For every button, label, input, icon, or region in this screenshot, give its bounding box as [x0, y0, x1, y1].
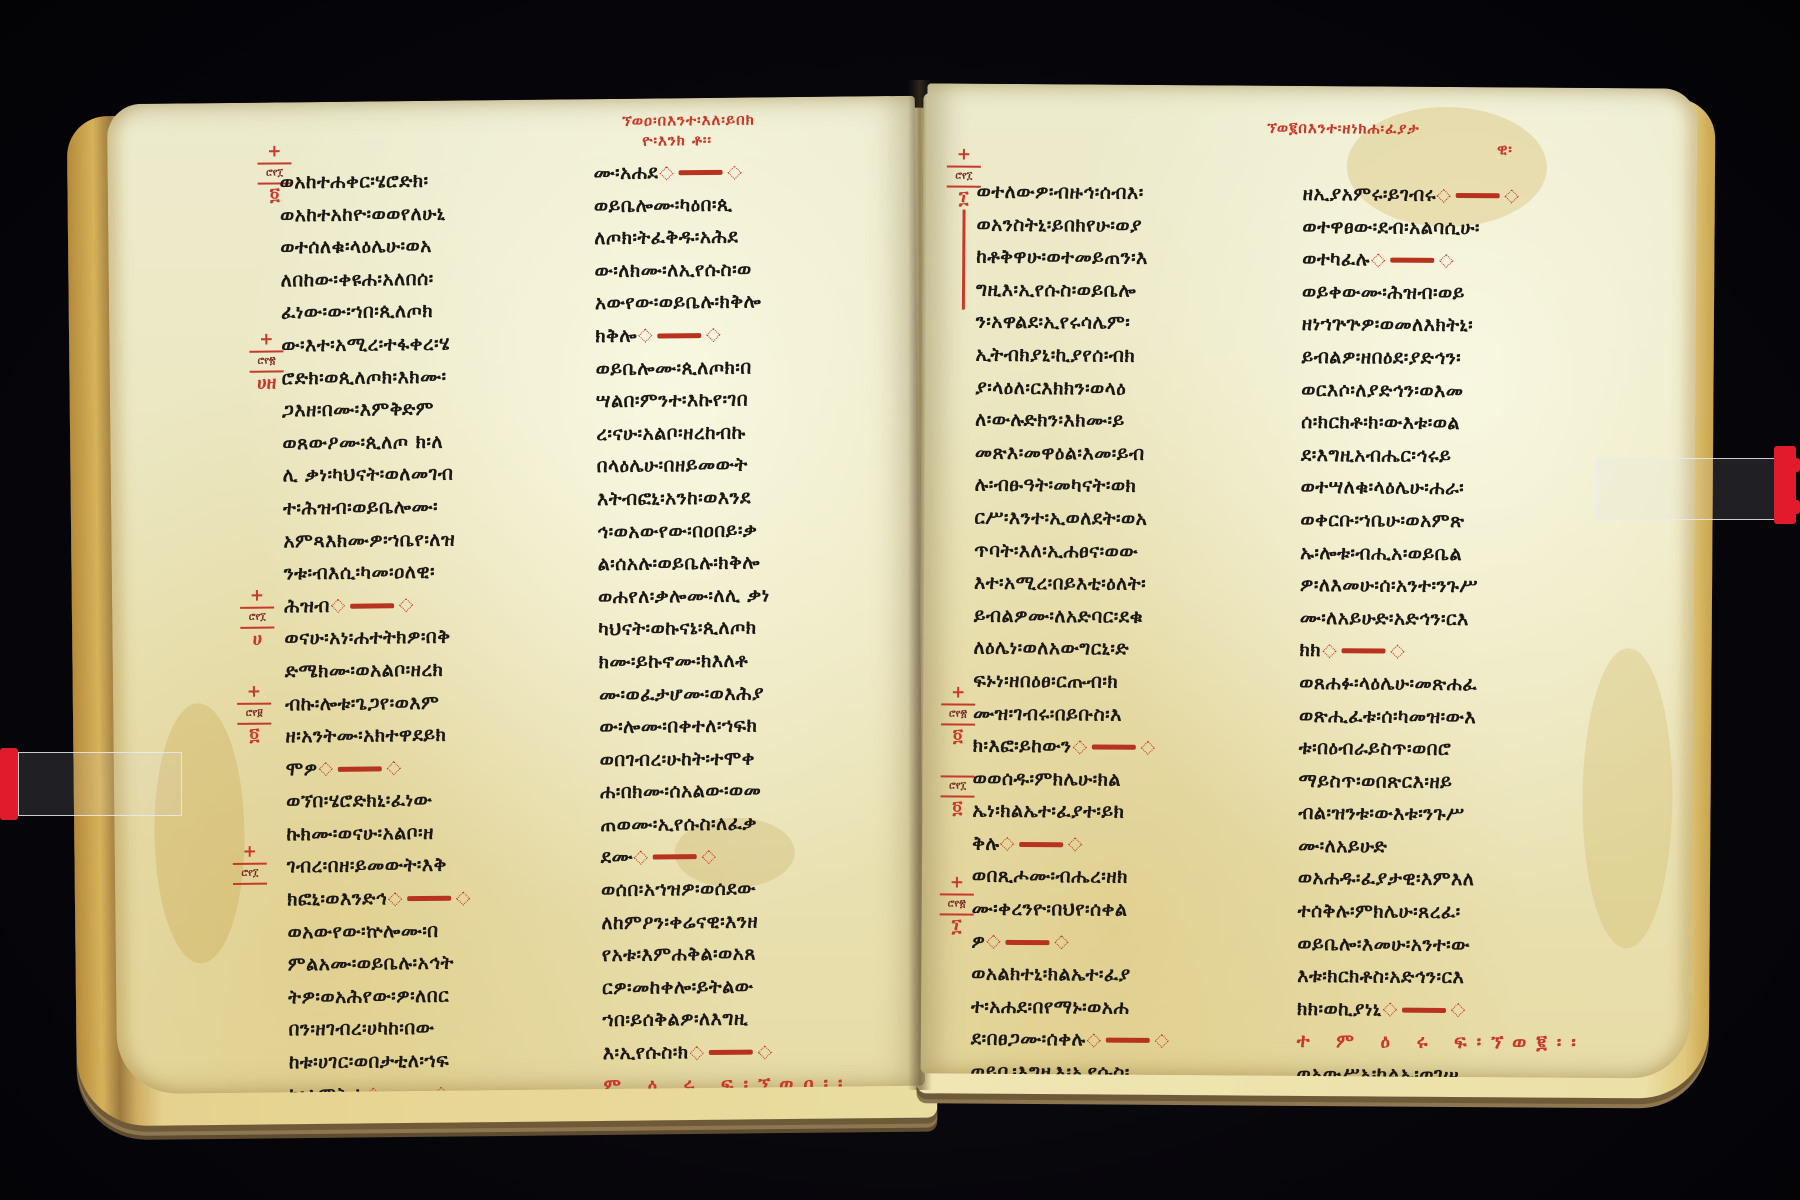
red-rule-divider — [350, 603, 394, 608]
text-line: ንቱ፡ብእሲ፡ካመ፡ዐለዊ፡ — [284, 556, 468, 591]
text-line: ኡ፡ሎቱ፡ብሒአ፡ወይቤል — [1300, 536, 1589, 571]
ornament-icon — [1155, 1034, 1169, 1048]
text-line: ው፡ሎሙ፡በቀተለ፡ኀፍክ — [599, 709, 849, 744]
text-line: ሙዝ፡ገብሩ፡በይቡስ፡እ — [973, 697, 1172, 731]
text-line: ወይቤሎ፡እመሁ፡አንተ፡ው — [1297, 928, 1586, 963]
text-span: ዘኢያአምሩ፡ይገብሩ — [1303, 183, 1437, 206]
text-line: ያ፡ላዕለ፡ርእክክን፡ወላዕ — [975, 371, 1174, 405]
text-line: ዘነኀጕጕዎ፡ወመለእክትኒ፡ — [1302, 308, 1591, 343]
right-page: ኘወ፪በእንተ፡ዘነክሐ፡ፈያታ ዊ፡ + ሮየ፲ ፲ + ሮየ፳ ፬ ሮየ፲ … — [921, 83, 1698, 1078]
text-span: ደ፡በፀጋሙ፡ሰቀሉ — [971, 1028, 1086, 1051]
text-line: እትብፎኒ፡አንከ፡ወእንደ — [597, 480, 847, 515]
text-line: ቱ፡በዕብራይስጥ፡ወበሮ — [1299, 732, 1588, 767]
text-line: የአቱ፡እምሐቅል፡ወአጸ — [602, 937, 852, 972]
text-line: ዎ፡ለእመሁ፡ሰ፡አንተ፡ንጉሥ — [1300, 569, 1589, 604]
text-line: ወአሐዱ፡ፈያታዊ፡እምእለ — [1298, 862, 1587, 897]
parchment-stain — [1581, 648, 1673, 949]
text-span: ክቅሎ — [595, 325, 637, 347]
text-line: ወሐየለ፡ቃሎሙ፡ለሊ ቃነ — [598, 578, 848, 613]
text-line: ምልአሙ፡ወይቤሉ፡አኅት — [288, 947, 472, 982]
text-line: ወኘበ፡ሄሮድክኒ፡ፈነው — [286, 784, 470, 819]
text-line: ገብረ፡በዘ፡ይመውት፡እቅ — [287, 849, 471, 884]
red-clip — [0, 748, 18, 820]
text-line: ወይቀውሙ፡ሕዝብ፡ወይ — [1302, 276, 1591, 311]
text-line: ለበከው፡ቀዩሐ፡አለበሰ፡ — [281, 262, 465, 297]
text-line: ወተሰለቁ፡ላዕሌሁ፡ወአ — [280, 230, 464, 265]
clear-plastic-strip — [1596, 458, 1776, 520]
red-rule-divider — [338, 766, 382, 771]
text-line: ወአውየው፡ኵሎሙ፡በ — [287, 914, 471, 949]
text-line: ርዎ፡መከቀሎ፡ይትልው — [602, 969, 852, 1004]
section-number: ሮየ፲ — [240, 607, 274, 629]
text-line: እቱ፡ክርክቶስ፡አድኅን፡ርእ — [1297, 960, 1586, 995]
ornament-icon — [1322, 644, 1336, 658]
manuscript-photo-scene: ኘወዐ፡በእንተ፡እለ፡ይበክ ዮ፡እንክ ቶ፡፡ + ሮየ፲ ፬ + ሮየ፳ … — [0, 0, 1800, 1200]
text-span: ሙ፡አሐደ — [593, 161, 658, 184]
ornament-icon — [727, 165, 741, 179]
red-rule-divider — [1341, 649, 1385, 654]
ornament-icon — [758, 1045, 772, 1059]
text-line: ካህናት፡ወኩናኔ፡ጲለጦክ — [598, 611, 848, 646]
text-line: ወተለውዎ፡ብዙኅ፡ሰብእ፡ — [977, 176, 1176, 210]
text-line: ወበጺሖሙ፡ብሔረ፡ዘክ — [972, 860, 1171, 894]
cross-icon: + — [250, 586, 264, 606]
red-clip-tooth — [1792, 500, 1800, 514]
text-line: ወተሣለቁ፡ላዕሌሁ፡ሐራ፡ — [1301, 471, 1590, 506]
left-header-line-1: ኘወዐ፡በእንተ፡እለ፡ይበክ — [622, 109, 755, 130]
ornament-icon — [1068, 838, 1082, 852]
text-line: በላዕሌሁ፡በዘይመውት — [596, 448, 846, 483]
parchment-stain — [153, 703, 246, 964]
red-rule-divider — [407, 896, 451, 901]
ornament-icon — [1072, 740, 1086, 754]
red-rule-divider — [1106, 1038, 1150, 1043]
ornament-icon — [319, 762, 333, 776]
text-line: ለከምዖን፡ቀሬናዊ፡እንዘ — [601, 904, 851, 939]
text-line: ን፡አዋልደ፡ኢየሩሳሌም፡ — [976, 306, 1175, 340]
text-span: ክክ፡ወኪያነኒ — [1297, 998, 1382, 1021]
text-line: ሰ፡ክርክቶ፡ክ፡ውእቱ፡ወል — [1301, 406, 1590, 441]
text-line: ይብልዎ፡ዘበዕደ፡ያድኅን፡ — [1301, 341, 1590, 376]
margin-mark: + ሮየ፱ ፬ — [237, 683, 272, 745]
text-line-with-rule: ሙ፡አሐደ — [593, 155, 843, 190]
right-header-line-1: ኘወ፪በእንተ፡ዘነክሐ፡ፈያታ — [1267, 118, 1513, 140]
text-line: ማይስጥ፡ወበጽርእ፡ዘይ — [1298, 765, 1587, 800]
text-line: ሊ ቃነ፡ካህናት፡ወለመገብ — [283, 458, 467, 493]
section-letter: ሀዘ — [250, 374, 284, 392]
ornament-icon — [1054, 935, 1068, 949]
text-line-with-rule: ዘኢያአምሩ፡ይገብሩ — [1303, 178, 1592, 213]
text-line: ከቶቅዋሁ፡ወተመይጠን፡እ — [976, 241, 1175, 275]
text-line: ጋእዘ፡በሙ፡እምቅድም — [282, 393, 466, 428]
text-line-with-rule: ቅሉ — [972, 828, 1171, 862]
text-line: ዘ፡አንትሙ፡አክተዋደይክ — [285, 719, 469, 754]
text-line-with-rule: ክፎኒ፡ወእንድኅ — [287, 882, 471, 917]
margin-mark: + ሮየ፳ ፬ — [941, 683, 975, 745]
text-line-with-rule: ዎ — [971, 925, 1170, 959]
text-line: ሙ፡ለአይሁድ — [1298, 830, 1587, 865]
red-rule-divider — [1390, 258, 1434, 263]
ornament-icon — [986, 935, 1000, 949]
margin-mark: + ሮየ፳ ፲ — [940, 873, 974, 935]
text-line: አውየው፡ወይቤሉ፡ክቅሎ — [595, 285, 845, 320]
ornament-icon — [702, 850, 716, 864]
text-line: እተ፡አሚረ፡በይእቲ፡ዕለት፡ — [974, 567, 1173, 601]
ornament-icon — [1439, 254, 1453, 268]
red-rule-divider — [1456, 193, 1500, 198]
text-line-with-rule: ሞዎ — [286, 751, 470, 786]
text-line: ወወሰዱ፡ምክሌሁ፡ክል — [972, 762, 1171, 796]
red-rule-divider — [1092, 745, 1136, 750]
margin-mark: ሮየ፲ ፬ — [940, 773, 974, 817]
ornament-icon — [706, 328, 720, 342]
cross-icon: + — [259, 330, 273, 350]
section-letter: ፬ — [941, 727, 975, 745]
section-letter: ሀ — [240, 631, 274, 649]
text-line-with-rule: ደ፡በፀጋሙ፡ሰቀሉ — [971, 1023, 1170, 1057]
red-rule-divider — [1019, 842, 1063, 847]
clear-plastic-strip — [18, 752, 182, 816]
text-line: ተ፡ሕዝብ፡ወይቤሎሙ፡ — [283, 490, 467, 525]
text-line: ኩክሙ፡ወናሁ፡አልቦ፡ዘ — [286, 816, 470, 851]
right-page-column-1: ወተለውዎ፡ብዙኅ፡ሰብእ፡ ወአንስትኒ፡ይበክየሁ፡ወያ ከቶቅዋሁ፡ወተመ… — [970, 176, 1175, 1079]
text-line: ርሥ፡እንተ፡ኢወለደት፡ወአ — [974, 502, 1173, 536]
text-line: ተ፡አሐደ፡በየማኑ፡ወአሐ — [971, 990, 1170, 1024]
margin-mark: + ሮየ፳ ሀዘ — [249, 330, 284, 392]
text-line: ወናሁ፡አነ፡ሐተትክዎ፡በቅ — [284, 621, 468, 656]
section-number: ሮየ፲ — [233, 863, 267, 885]
text-line: ኢትብክያኒ፡ኪያየሰ፡ብክ — [975, 339, 1174, 373]
ornament-icon — [331, 599, 345, 613]
section-number: ሮየ፳ — [941, 703, 975, 725]
section-letter: ፬ — [940, 799, 974, 817]
cross-icon: + — [242, 842, 256, 862]
text-line: ይብልዎሙ፡ለአድባር፡ደቁ — [974, 599, 1173, 633]
section-number: ሮየ፳ — [249, 350, 283, 372]
cross-icon: + — [267, 141, 281, 161]
text-line: ፈነው፡ው፡ኀበ፡ጲለጦክ — [281, 295, 465, 330]
margin-mark: + ሮየ፲ — [233, 843, 267, 887]
text-line: ጠወሙ፡ኢየሱስ፡ለፈቃ — [600, 806, 850, 841]
text-line-with-rule: ወተካፈሉ — [1302, 243, 1591, 278]
text-line: ወይቤሎሙ፡ካዕበ፡ጲ — [594, 187, 844, 222]
text-line: ወአውሥአ፡ካልኡ፡ወገሠ — [1296, 1058, 1585, 1079]
ornament-icon — [638, 329, 652, 343]
cross-icon: + — [950, 872, 964, 892]
ornament-icon — [1087, 1033, 1101, 1047]
text-line: ተሰቅሉ፡ምክሌሁ፡ጸረፈ፡ — [1298, 895, 1587, 930]
text-line: ወጸውዖሙ፡ጲለጦ ክ፡ለ — [282, 425, 466, 460]
text-line: መጽእ፡መዋዕል፡እመ፡ይብ — [975, 436, 1174, 470]
text-line: ወተዋፀው፡ደብ፡አልባሲሁ፡ — [1302, 211, 1591, 246]
ornament-icon — [1450, 1003, 1464, 1017]
text-line-with-rule: ክቅሎ — [595, 318, 845, 353]
text-line: ብል፡ዝንቱ፡ውእቱ፡ንጉሥ — [1298, 797, 1587, 832]
margin-mark: + ሮየ፲ ሀ — [240, 587, 275, 649]
text-line-with-rule: ደሙ — [601, 839, 851, 874]
left-page-header: ኘወዐ፡በእንተ፡እለ፡ይበክ ዮ፡እንክ ቶ፡፡ — [622, 109, 755, 150]
red-rule-divider — [657, 333, 701, 338]
text-line: ሉ፡ብፁዓት፡መካናት፡ወክ — [975, 469, 1174, 503]
text-line-with-rule: ክክ፡ወኪያነኒ — [1297, 993, 1586, 1028]
text-line-with-rule: ክክ — [1299, 634, 1588, 669]
text-line: ወርእሶ፡ለያድኅን፡ወእመ — [1301, 374, 1590, 409]
text-line: ወአንስትኒ፡ይበክየሁ፡ወያ — [976, 208, 1175, 242]
text-span: ደሙ — [601, 846, 634, 868]
ornament-icon — [1382, 1003, 1396, 1017]
text-line: ትዎ፡ወአሕየው፡ዎ፡ለበር — [288, 979, 472, 1014]
red-clip-tooth — [1792, 458, 1800, 472]
section-letter: ፲ — [947, 189, 981, 207]
left-page: ኘወዐ፡በእንተ፡እለ፡ይበክ ዮ፡እንክ ቶ፡፡ + ሮየ፲ ፬ + ሮየ፳ … — [107, 96, 925, 1094]
text-line: ው፡ለክሙ፡ለኢየሱስ፡ወ — [594, 252, 844, 287]
ornament-icon — [399, 598, 413, 612]
ornament-icon — [1000, 837, 1014, 851]
ornament-icon — [659, 166, 673, 180]
text-line: ከቱ፡ሀገር፡ወበታቲለ፡ኀፍ — [289, 1045, 473, 1080]
red-rule-divider — [1402, 1008, 1446, 1013]
text-span: ዎ — [971, 930, 985, 952]
text-span: ሞዎ — [286, 758, 318, 780]
text-line: ድሜክሙ፡ወአልቦ፡ዘረክ — [285, 653, 469, 688]
text-line: ወይቤሎሙ፡ጲለጦክ፡በ — [595, 350, 845, 385]
text-line: ኤነ፡ክልኤተ፡ፈያተ፡ይክ — [972, 795, 1171, 829]
text-line: ወአከተሐቀር፡ሄሮድክ፡ — [279, 165, 463, 200]
text-span: ክፎኒ፡ወእንድኅ — [287, 887, 387, 910]
text-line: ሣልበ፡ምንተ፡እኩየ፡ገበ — [596, 383, 846, 418]
text-line: ኀበ፡ይሰቅልዎ፡ለእግዚ — [602, 1002, 852, 1037]
text-line: ሐ፡በክሙ፡ሰአልው፡ወመ — [600, 774, 850, 809]
text-line: ለጦክ፡ትፈቅዱ፡አሕደ — [594, 220, 844, 255]
right-page-header: ኘወ፪በእንተ፡ዘነክሐ፡ፈያታ ዊ፡ — [1267, 118, 1513, 160]
text-line: ወቀርቡ፡ኀቤሁ፡ወአምጽ — [1300, 504, 1589, 539]
left-page-column-1: ወአከተሐቀር፡ሄሮድክ፡ ወአከተአከዮ፡ወወየለሁኒ ወተሰለቁ፡ላዕሌሁ፡… — [279, 165, 473, 1095]
text-line: ኅ፡ወአውየው፡በዐበይ፡ቃ — [597, 513, 847, 548]
section-number: ሮየ፲ — [940, 775, 974, 797]
section-number: ሮየ፳ — [940, 893, 974, 915]
text-span: እ፡ኢየሱስ፡ክ — [603, 1041, 689, 1064]
text-line: ወጽሒፈቱ፡ሰ፡ካመዝ፡ውእ — [1299, 699, 1588, 734]
red-rule-divider — [653, 855, 697, 860]
text-line: ል፡ሰአሉ፡ወይቤሉ፡ክቅሎ — [598, 546, 848, 581]
cross-icon: + — [951, 683, 965, 703]
text-line: ጥባት፡እለ፡ኢሐፀና፡ወው — [974, 534, 1173, 568]
text-line: ለዕሌነ፡ወለአውግርኒ፡ድ — [973, 632, 1172, 666]
section-letter: ፬ — [237, 727, 271, 745]
text-line: ወበገብረ፡ሁከት፡ተሞቀ — [600, 741, 850, 776]
text-line: በን፡ዘገብረ፡ሀካከ፡በው — [288, 1012, 472, 1047]
red-rule-divider — [709, 1050, 753, 1055]
ornament-icon — [1390, 644, 1404, 658]
text-span: ወተካፈሉ — [1302, 248, 1370, 270]
text-span: ክክ — [1299, 639, 1321, 661]
cross-icon: + — [957, 145, 971, 165]
text-span: ክ፡እፎ፡ይከውን — [973, 735, 1072, 758]
red-rule-divider — [678, 170, 722, 175]
text-line-with-rule: ክ፡እፎ፡ይከውን — [973, 730, 1172, 764]
text-line: ሙ፡ወፈታሆሙ፡ወእሕያ — [599, 676, 849, 711]
right-page-column-2: ዘኢያአምሩ፡ይገብሩ ወተዋፀው፡ደብ፡አልባሲሁ፡ ወተካፈሉ ወይቀውሙ፡… — [1296, 178, 1592, 1079]
left-page-column-2: ሙ፡አሐደ ወይቤሎሙ፡ካዕበ፡ጲ ለጦክ፡ትፈቅዱ፡አሕደ ው፡ለክሙ፡ለኢየ… — [593, 155, 852, 1095]
ornament-icon — [1505, 189, 1519, 203]
text-line: ክሙ፡ይኩኖሙ፡ክእለቶ — [599, 643, 849, 678]
text-line: ው፡እተ፡አሚረ፡ተፋቀረ፡ሄ — [281, 327, 465, 362]
text-line: ሙ፡ለአይሁድ፡አድኅን፡ርእ — [1300, 602, 1589, 637]
section-letter: ፲ — [940, 917, 974, 935]
text-line: ብኩ፡ሎቱ፡ጌጋየ፡ወእም — [285, 686, 469, 721]
ornament-icon — [1437, 188, 1451, 202]
section-number: ሮየ፱ — [237, 703, 271, 725]
closing-rubric: ተ ም ዕ ሩ ፍ፡ኘወ፪፡፡ — [1297, 1025, 1586, 1060]
red-rule-divider — [1005, 940, 1049, 945]
text-line: ሙ፡ቀረንዮ፡በህየ፡ሰቀል — [972, 893, 1171, 927]
text-span: ቅሉ — [972, 833, 1000, 855]
ornament-icon — [387, 761, 401, 775]
cross-icon: + — [247, 682, 261, 702]
text-line: ወጸሐፉ፡ላዕሌሁ፡መጽሐፈ — [1299, 667, 1588, 702]
text-line: ወሰበ፡አኀዝዎ፡ወሰደው — [601, 872, 851, 907]
text-line-with-rule: ሕዝብ — [284, 588, 468, 623]
red-vertical-bar — [961, 210, 965, 310]
right-header-line-2: ዊ፡ — [1267, 138, 1513, 160]
ornament-icon — [1371, 253, 1385, 267]
text-line: ደ፡እግዚአብሔር፡ኅሩይ — [1301, 439, 1590, 474]
text-line: አምጻእክሙዎ፡ኀቤየ፡ለዝ — [283, 523, 467, 558]
ornament-icon — [634, 851, 648, 865]
ornament-icon — [690, 1046, 704, 1060]
text-line: ለ፡ውሉድክን፡እክሙ፡ይ — [975, 404, 1174, 438]
ornament-icon — [1140, 740, 1154, 754]
text-line: ረ፡ናሁ፡አልቦ፡ዘረከብኩ — [596, 415, 846, 450]
text-span: ሕዝብ — [284, 595, 330, 617]
text-line: ግዚእ፡ኢየሱስ፡ወይቤሎ — [976, 273, 1175, 307]
text-line: ወአልክተኒ፡ክልኤተ፡ፈያ — [971, 958, 1170, 992]
text-line: ወአከተአከዮ፡ወወየለሁኒ — [280, 197, 464, 232]
text-line-with-rule: እ፡ኢየሱስ፡ክ — [603, 1035, 853, 1070]
ornament-icon — [388, 892, 402, 906]
text-line: ሮድክ፡ወጲለጦክ፡እክሙ፡ — [282, 360, 466, 395]
text-line: ፍኑነ፡ዘበዕፀ፡ርጡብ፡ክ — [973, 665, 1172, 699]
left-header-line-2: ዮ፡እንክ ቶ፡፡ — [622, 129, 755, 150]
ornament-icon — [456, 891, 470, 905]
